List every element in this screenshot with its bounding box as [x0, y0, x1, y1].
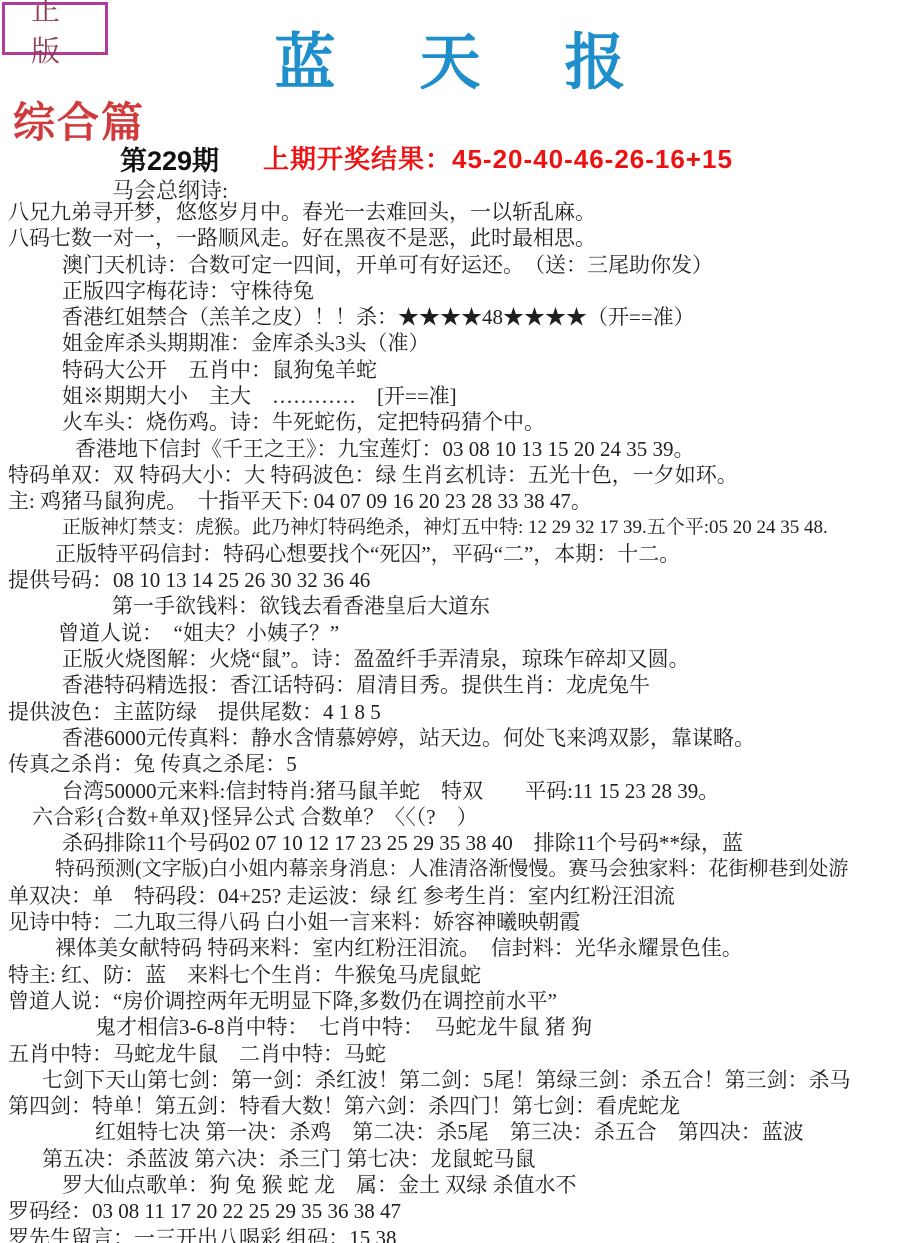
text-line: 特码大公开 五肖中：鼠狗兔羊蛇 [0, 357, 900, 383]
text-line: 特主: 红、防：蓝 来料七个生肖：牛猴兔马虎鼠蛇 [0, 962, 900, 988]
text-line: 红姐特七决 第一决：杀鸡 第二决：杀5尾 第三决：杀五合 第四决：蓝波 [0, 1119, 900, 1145]
text-line: 六合彩{合数+单双}怪异公式 合数单？〈〈（? ） [0, 804, 900, 830]
text-line: 台湾50000元来料:信封特肖:猪马鼠羊蛇 特双 平码:11 15 23 28 … [0, 778, 900, 804]
text-line: 第五决：杀蓝波 第六决：杀三门 第七决：龙鼠蛇马鼠 [0, 1146, 900, 1172]
text-line: 鬼才相信3-6-8肖中特： 七肖中特： 马蛇龙牛鼠 猪 狗 [0, 1014, 900, 1040]
text-line: 见诗中特：二九取三得八码 白小姐一言来料：娇容神曦映朝霞 [0, 909, 900, 935]
text-line: 杀码排除11个号码02 07 10 12 17 23 25 29 35 38 4… [0, 830, 900, 856]
text-line: 罗大仙点歌单：狗 兔 猴 蛇 龙 属：金土 双绿 杀值水不 [0, 1172, 900, 1198]
text-line: 特码单双：双 特码大小：大 特码波色：绿 生肖玄机诗：五光十色，一夕如环。 [0, 462, 900, 488]
text-line: 罗先生留言：一三开出八喝彩 组码：15 38 [0, 1225, 900, 1243]
text-line: 曾道人说：“房价调控两年无明显下降,多数仍在调控前水平” [0, 988, 900, 1014]
text-line: 香港红姐禁合（羔羊之皮）！！杀：★★★★48★★★★（开==准） [0, 304, 900, 330]
text-line: 八兄九弟寻开梦，悠悠岁月中。春光一去难回头，一以斩乱麻。 [0, 199, 900, 225]
issue-number: 第229期 [120, 139, 219, 178]
text-line: 特码预测(文字版)白小姐内幕亲身消息：人准清洛渐慢慢。赛马会独家料：花街柳巷到处… [0, 856, 900, 882]
page-title: 蓝天报 [0, 14, 900, 101]
text-line: 罗码经：03 08 11 17 20 22 25 29 35 36 38 47 [0, 1198, 900, 1224]
text-line: 裸体美女献特码 特码来料：室内红粉汪泪流。 信封料：光华永耀景色佳。 [0, 935, 900, 961]
text-line: 单双决：单 特码段：04+25? 走运波：绿 红 参考生肖：室内红粉汪泪流 [0, 883, 900, 909]
text-line: 正版火烧图解：火烧“鼠”。诗：盈盈纤手弄清泉，琼珠乍碎却又圆。 [0, 646, 900, 672]
body-lines: 八兄九弟寻开梦，悠悠岁月中。春光一去难回头，一以斩乱麻。八码七数一对一，一路顺风… [0, 199, 900, 1243]
text-line: 香港6000元传真料：静水含情慕婷婷，站天边。何处飞来鸿双影，靠谋略。 [0, 725, 900, 751]
previous-draw-result: 上期开奖结果：45-20-40-46-26-16+15 [263, 139, 733, 176]
text-line: 八码七数一对一，一路顺风走。好在黑夜不是恶，此时最相思。 [0, 225, 900, 251]
text-line: 香港特码精选报：香江话特码：眉清目秀。提供生肖：龙虎兔牛 [0, 672, 900, 698]
text-line: 香港地下信封《千王之王》：九宝莲灯：03 08 10 13 15 20 24 3… [0, 436, 900, 462]
text-line: 主: 鸡猪马鼠狗虎。 十指平天下: 04 07 09 16 20 23 28 3… [0, 488, 900, 514]
newspaper-page: 正版 蓝天报 综合篇 第229期 上期开奖结果：45-20-40-46-26-1… [0, 0, 900, 1243]
text-line: 传真之杀肖：兔 传真之杀尾：5 [0, 751, 900, 777]
text-line: 正版神灯禁支：虎猴。此乃神灯特码绝杀，神灯五中特: 12 29 32 17 39… [0, 515, 900, 541]
text-line: 第一手欲钱料：欲钱去看香港皇后大道东 [0, 593, 900, 619]
text-line: 曾道人说： “姐夫？小姨子？” [0, 620, 900, 646]
text-line: 姐金库杀头期期准：金库杀头3头（准） [0, 330, 900, 356]
text-line: 姐※期期大小 主大 ………… [开==准] [0, 383, 900, 409]
text-line: 七剑下天山第七剑：第一剑：杀红波！第二剑：5尾！第绿三剑：杀五合！第三剑：杀马 [0, 1067, 900, 1093]
text-line: 五肖中特：马蛇龙牛鼠 二肖中特：马蛇 [0, 1041, 900, 1067]
text-line: 正版特平码信封：特码心想要找个“死囚”，平码“二”，本期：十二。 [0, 541, 900, 567]
text-line: 提供波色：主蓝防绿 提供尾数：4 1 8 5 [0, 699, 900, 725]
issue-row: 第229期 上期开奖结果：45-20-40-46-26-16+15 [0, 139, 900, 173]
text-line: 第四剑：特单！第五剑：特看大数！第六剑：杀四门！第七剑：看虎蛇龙 [0, 1093, 900, 1119]
text-line: 澳门天机诗：合数可定一四间，开单可有好运还。 （送：三尾助你发） [0, 252, 900, 278]
text-line: 火车头：烧伤鸡。诗：牛死蛇伤，定把特码猜个中。 [0, 409, 900, 435]
text-line: 提供号码：08 10 13 14 25 26 30 32 36 46 [0, 567, 900, 593]
text-line: 正版四字梅花诗：守株待兔 [0, 278, 900, 304]
